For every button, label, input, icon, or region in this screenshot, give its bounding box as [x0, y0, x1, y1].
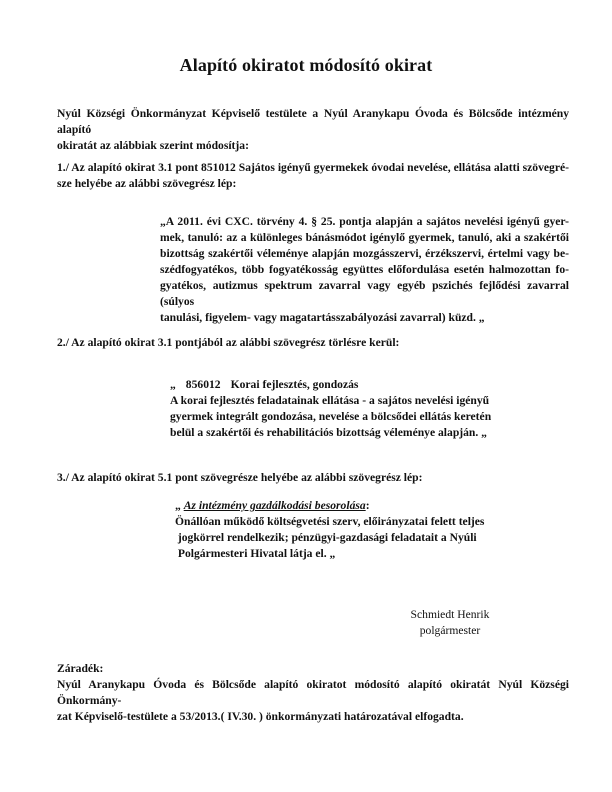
- quote-first-line: „856012Korai fejlesztés, gondozás: [170, 377, 500, 393]
- intro-paragraph: Nyúl Községi Önkormányzat Képviselő test…: [57, 106, 569, 154]
- open-quote: „: [170, 378, 176, 391]
- item-2-line: 2./ Az alapító okirat 3.1 pontjából az a…: [57, 335, 569, 351]
- intro-line: Nyúl Községi Önkormányzat Képviselő test…: [57, 106, 569, 138]
- quote-line: jogkörrel rendelkezik; pénzügyi-gazdaság…: [175, 530, 505, 546]
- signature-block: Schmiedt Henrik polgármester: [370, 607, 530, 639]
- open-quote: „: [175, 499, 184, 512]
- quote-subtitle-line: „ Az intézmény gazdálkodási besorolása:: [175, 498, 505, 514]
- item-1-line: 1./ Az alapító okirat 3.1 pont 851012 Sa…: [57, 160, 569, 176]
- quote-line: bizottság szakértői véleménye alapján mo…: [160, 246, 569, 262]
- activity-code: 856012: [186, 378, 221, 391]
- quote-line: gyermek integrált gondozása, nevelése a …: [170, 409, 500, 425]
- item-3-quote: „ Az intézmény gazdálkodási besorolása: …: [175, 498, 505, 562]
- quote-line: „A 2011. évi CXC. törvény 4. § 25. pontj…: [160, 214, 569, 230]
- quote-line: tanulási, figyelem- vagy magatartásszabá…: [160, 310, 569, 326]
- item-1-quote: „A 2011. évi CXC. törvény 4. § 25. pontj…: [160, 214, 569, 326]
- item-3-heading: 3./ Az alapító okirat 5.1 pont szövegrés…: [57, 470, 569, 486]
- signatory-role: polgármester: [370, 623, 530, 639]
- clause-line: Nyúl Aranykapu Óvoda és Bölcsőde alapító…: [57, 677, 569, 709]
- clause-heading: Záradék:: [57, 661, 569, 677]
- item-1-line: sze helyébe az alábbi szövegrész lép:: [57, 176, 569, 192]
- quote-line: mek, tanuló: az a különleges bánásmódot …: [160, 230, 569, 246]
- document-page: Alapító okiratot módosító okirat Nyúl Kö…: [0, 0, 612, 792]
- item-3-line: 3./ Az alapító okirat 5.1 pont szövegrés…: [57, 470, 569, 486]
- quote-subtitle: Az intézmény gazdálkodási besorolása: [184, 499, 366, 512]
- signatory-name: Schmiedt Henrik: [370, 607, 530, 623]
- item-2-heading: 2./ Az alapító okirat 3.1 pontjából az a…: [57, 335, 569, 351]
- quote-line: szédfogyatékos, több fogyatékosság együt…: [160, 262, 569, 278]
- intro-line: okiratát az alábbiak szerint módosítja:: [57, 138, 569, 154]
- clause-section: Záradék: Nyúl Aranykapu Óvoda és Bölcsőd…: [57, 661, 569, 725]
- item-1-heading: 1./ Az alapító okirat 3.1 pont 851012 Sa…: [57, 160, 569, 192]
- quote-line: belül a szakértői és rehabilitációs bizo…: [170, 425, 500, 441]
- clause-line: zat Képviselő-testülete a 53/2013.( IV.3…: [57, 709, 569, 725]
- item-2-quote: „856012Korai fejlesztés, gondozás A kora…: [170, 377, 500, 441]
- quote-line: Önállóan működő költségvetési szerv, elő…: [175, 514, 505, 530]
- quote-line: A korai fejlesztés feladatainak ellátása…: [170, 393, 500, 409]
- activity-label: Korai fejlesztés, gondozás: [231, 378, 359, 391]
- document-title: Alapító okiratot módosító okirat: [0, 55, 612, 76]
- quote-subtitle-colon: :: [366, 499, 370, 512]
- quote-line: gyatékos, autizmus spektrum zavarral vag…: [160, 278, 569, 310]
- quote-line: Polgármesteri Hivatal látja el. „: [175, 546, 505, 562]
